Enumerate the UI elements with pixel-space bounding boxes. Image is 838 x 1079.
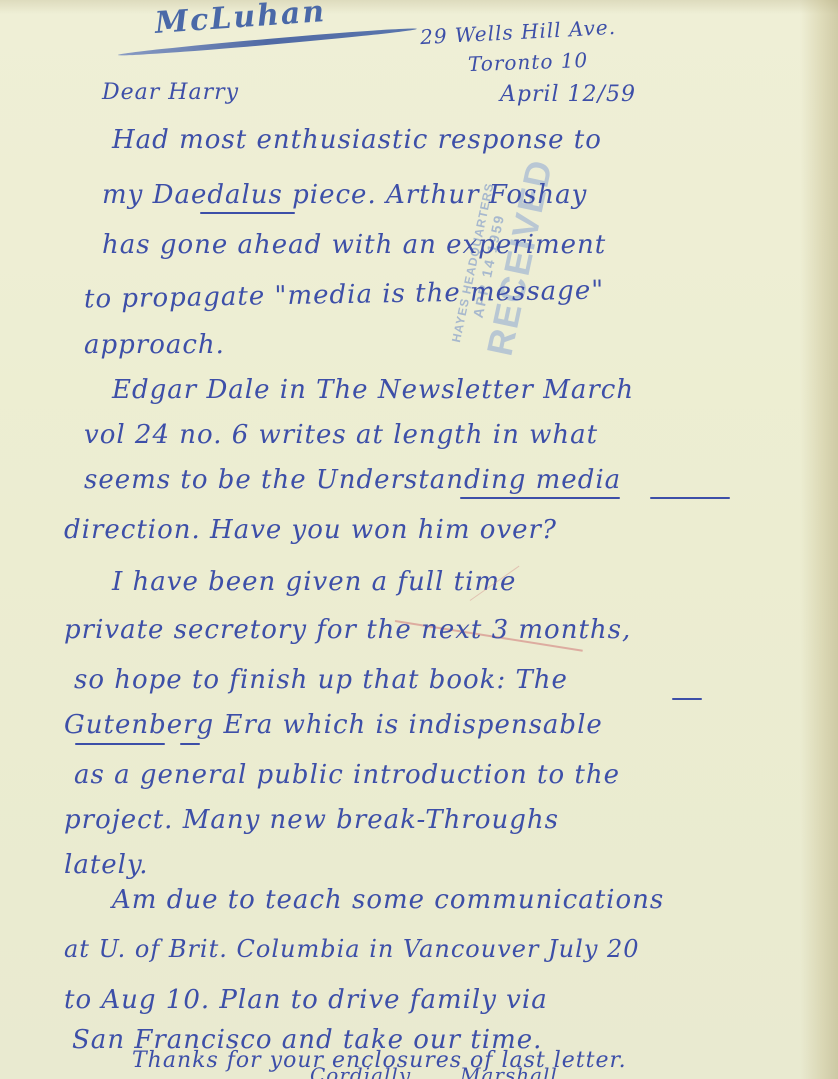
letter-date: April 12/59 [500, 82, 636, 107]
body-line: Am due to teach some communications [112, 885, 664, 915]
body-line: as a general public introduction to the [74, 760, 620, 790]
body-line: has gone ahead with an experiment [102, 230, 606, 260]
body-line: to Aug 10. Plan to drive family via [64, 985, 548, 1015]
address-city: Toronto 10 [468, 48, 589, 76]
underline-the [672, 698, 702, 700]
body-line: Gutenberg Era which is indispensable [64, 710, 603, 740]
body-line: direction. Have you won him over? [64, 515, 557, 545]
body-line: my Daedalus piece. Arthur Foshay [102, 180, 587, 210]
body-line: so hope to finish up that book: The [74, 665, 568, 695]
signature: Marshall [460, 1063, 558, 1079]
archive-annotation: McLuhan [154, 0, 327, 41]
underline-era [180, 743, 200, 745]
underline-understanding [460, 497, 620, 499]
body-line: I have been given a full time [112, 567, 516, 597]
body-line: seems to be the Understanding media [84, 465, 621, 495]
underline-gutenberg [75, 743, 165, 745]
body-line: approach. [84, 330, 225, 360]
underline-daedalus [200, 212, 295, 214]
body-line: private secretory for the next 3 months, [64, 615, 631, 645]
salutation: Dear Harry [102, 80, 239, 105]
body-line: vol 24 no. 6 writes at length in what [84, 420, 598, 450]
address-street: 29 Wells Hill Ave. [420, 15, 617, 49]
closing: Cordially [310, 1063, 411, 1079]
body-line: Edgar Dale in The Newsletter March [112, 375, 634, 405]
underline-media [650, 497, 730, 499]
body-line: lately. [64, 850, 148, 880]
body-line: Had most enthusiastic response to [112, 125, 602, 155]
body-line: at U. of Brit. Columbia in Vancouver Jul… [64, 935, 640, 963]
body-line: project. Many new break-Throughs [64, 805, 559, 835]
letter-page: McLuhan 29 Wells Hill Ave. Toronto 10 Ap… [0, 0, 838, 1079]
